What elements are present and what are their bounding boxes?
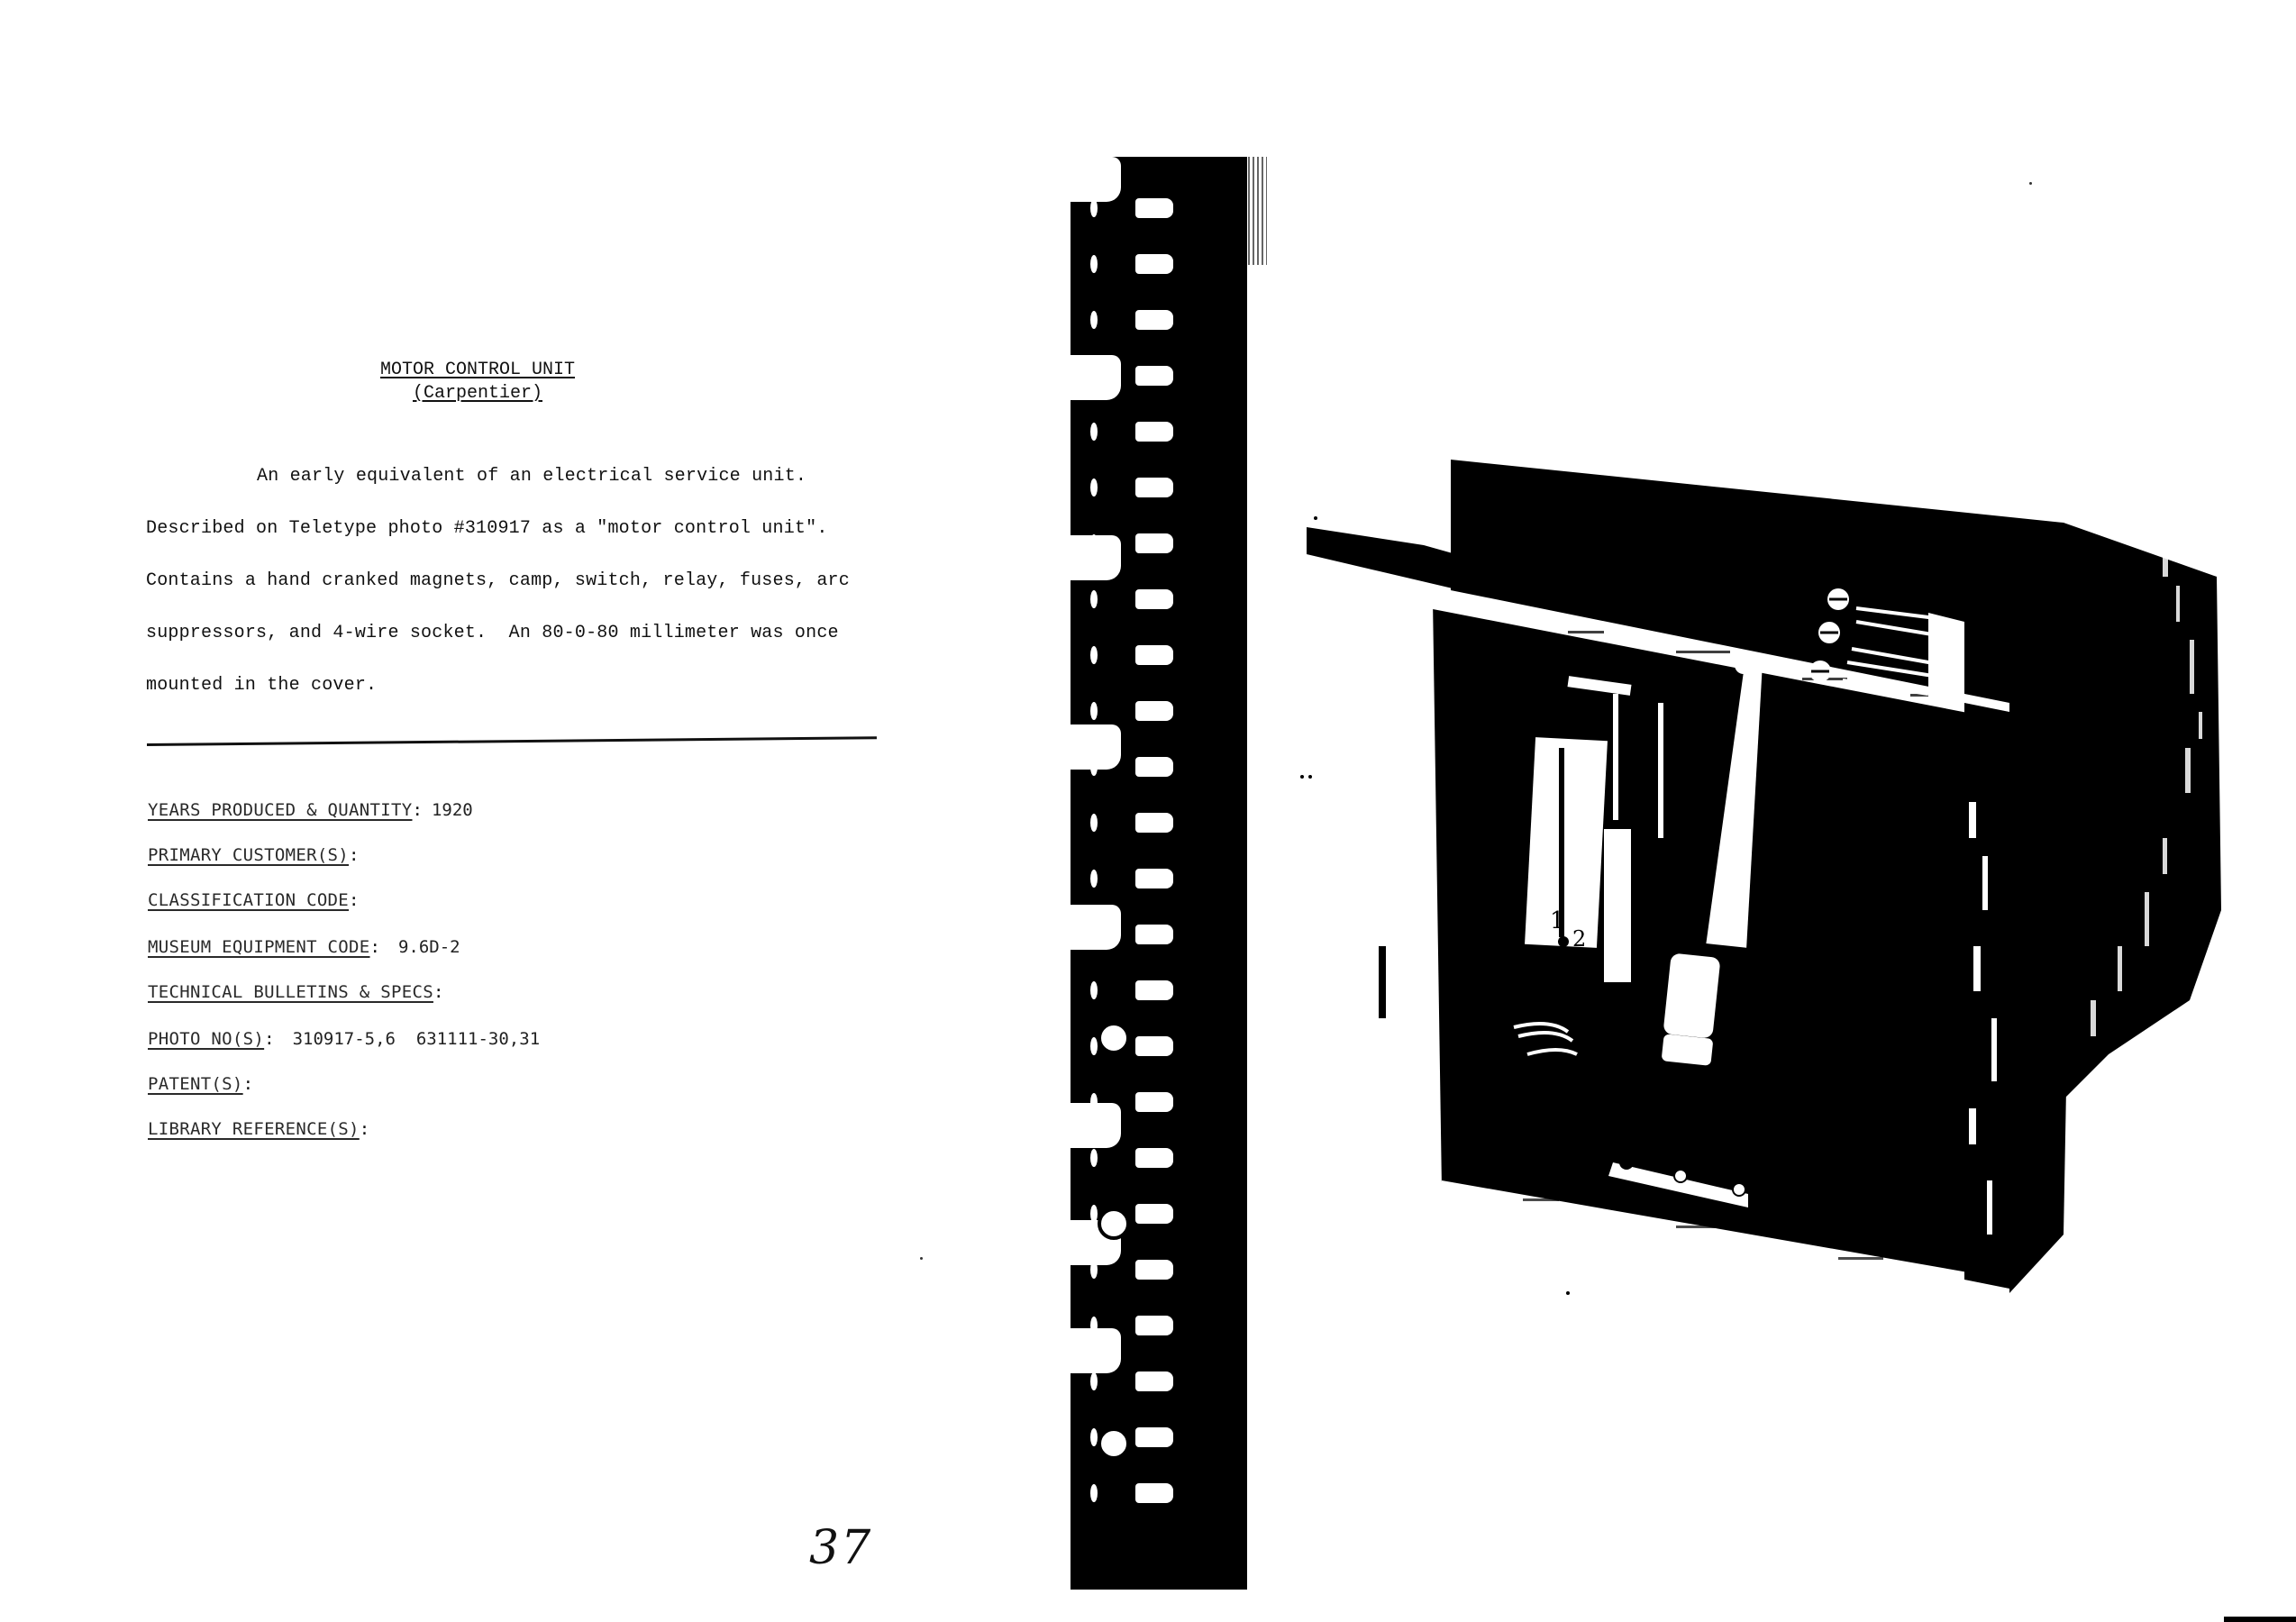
strip-notch: [1090, 423, 1098, 441]
strip-tab: [1067, 905, 1121, 950]
strip-hole: [1135, 813, 1173, 833]
field-patents: PATENT(S):: [148, 1074, 262, 1094]
svg-text:1: 1: [1550, 907, 1565, 934]
description-line: suppressors, and 4-wire socket. An 80-0-…: [146, 607, 885, 660]
strip-notch: [1090, 1428, 1098, 1446]
field-library-references: LIBRARY REFERENCE(S):: [148, 1119, 378, 1139]
strip-hole: [1135, 366, 1173, 386]
strip-hole: [1135, 1148, 1173, 1168]
strip-hole: [1135, 589, 1173, 609]
strip-notch: [1090, 870, 1098, 888]
strip-hole: [1135, 757, 1173, 777]
strip-hole: [1135, 1316, 1173, 1335]
motor-control-unit-image: 1 2: [1298, 442, 2235, 1325]
scan-edge-artifact: [2224, 1617, 2296, 1622]
strip-hole: [1135, 701, 1173, 721]
strip-notch: [1090, 1372, 1098, 1390]
binder-ring-hole: [1098, 1207, 1130, 1240]
strip-speckle: [1244, 157, 1267, 265]
strip-notch: [1090, 255, 1098, 273]
strip-tab: [1067, 157, 1121, 202]
strip-hole: [1135, 1036, 1173, 1056]
field-label: YEARS PRODUCED & QUANTITY: [148, 800, 412, 820]
svg-text:2: 2: [1572, 926, 1586, 952]
field-museum-equipment-code: MUSEUM EQUIPMENT CODE:9.6D-2: [148, 937, 460, 957]
strip-notch: [1090, 199, 1098, 217]
strip-notch: [1090, 478, 1098, 497]
strip-tab: [1067, 355, 1121, 400]
strip-hole: [1135, 478, 1173, 497]
strip-hole: [1135, 925, 1173, 944]
document-page: MOTOR CONTROL UNIT (Carpentier) An early…: [0, 0, 2296, 1622]
strip-notch: [1090, 814, 1098, 832]
strip-notch: [1090, 590, 1098, 608]
field-value: 310917-5,6 631111-30,31: [293, 1029, 541, 1049]
description-line: mounted in the cover.: [146, 660, 885, 712]
strip-notch: [1090, 1149, 1098, 1167]
strip-hole: [1135, 422, 1173, 442]
document-title: MOTOR CONTROL UNIT: [380, 359, 575, 382]
field-classification-code: CLASSIFICATION CODE:: [148, 890, 369, 910]
field-technical-bulletins: TECHNICAL BULLETINS & SPECS:: [148, 982, 452, 1002]
field-label: PATENT(S): [148, 1074, 243, 1094]
scan-speck: [920, 1257, 923, 1260]
field-label: TECHNICAL BULLETINS & SPECS: [148, 982, 433, 1002]
strip-hole: [1135, 1427, 1173, 1447]
description-paragraph: An early equivalent of an electrical ser…: [146, 451, 885, 712]
strip-tab: [1067, 724, 1121, 770]
field-primary-customers: PRIMARY CUSTOMER(S):: [148, 845, 369, 865]
binder-ring-hole: [1098, 1427, 1130, 1460]
field-label: PRIMARY CUSTOMER(S): [148, 845, 349, 865]
field-value: 1920: [432, 800, 473, 820]
strip-notch: [1090, 981, 1098, 999]
strip-notch: [1090, 311, 1098, 329]
field-label: PHOTO NO(S): [148, 1029, 264, 1049]
strip-hole: [1135, 645, 1173, 665]
strip-hole: [1135, 869, 1173, 888]
document-subtitle: (Carpentier): [413, 382, 542, 405]
strip-hole: [1135, 980, 1173, 1000]
field-years-produced: YEARS PRODUCED & QUANTITY:1920: [148, 800, 473, 820]
strip-hole: [1135, 1483, 1173, 1503]
page-number: 37: [809, 1521, 872, 1575]
strip-notch: [1090, 702, 1098, 720]
strip-hole: [1135, 1371, 1173, 1391]
scan-speck: [2029, 182, 2032, 185]
strip-hole: [1135, 310, 1173, 330]
strip-notch: [1090, 1484, 1098, 1502]
field-label: MUSEUM EQUIPMENT CODE: [148, 937, 370, 957]
binding-strip: [1071, 157, 1247, 1590]
description-line: Contains a hand cranked magnets, camp, s…: [146, 555, 885, 607]
strip-hole: [1135, 1092, 1173, 1112]
strip-hole: [1135, 1204, 1173, 1224]
strip-tab: [1067, 1103, 1121, 1148]
field-photo-numbers: PHOTO NO(S):310917-5,6 631111-30,31: [148, 1029, 540, 1049]
title-block: MOTOR CONTROL UNIT (Carpentier): [306, 359, 649, 405]
strip-hole: [1135, 254, 1173, 274]
device-photograph: 1 2: [1298, 442, 2235, 1325]
strip-tab: [1067, 1328, 1121, 1373]
field-label: CLASSIFICATION CODE: [148, 890, 349, 910]
strip-notch: [1090, 646, 1098, 664]
section-divider: [147, 736, 877, 746]
description-line: An early equivalent of an electrical ser…: [146, 451, 885, 503]
strip-hole: [1135, 1260, 1173, 1280]
strip-tab: [1067, 535, 1121, 580]
strip-notch: [1090, 1037, 1098, 1055]
binder-ring-hole: [1098, 1022, 1130, 1054]
description-line: Described on Teletype photo #310917 as a…: [146, 503, 885, 555]
strip-hole: [1135, 533, 1173, 553]
field-value: 9.6D-2: [398, 937, 460, 957]
field-label: LIBRARY REFERENCE(S): [148, 1119, 360, 1139]
strip-hole: [1135, 198, 1173, 218]
